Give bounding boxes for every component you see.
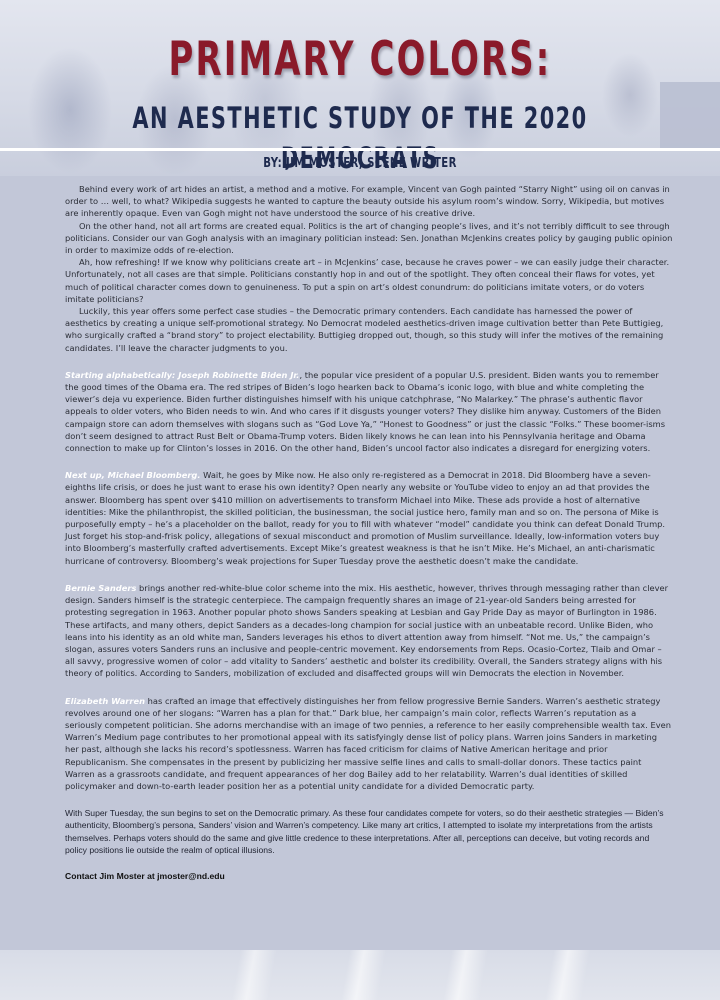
- section-lead: Bernie Sanders: [65, 583, 136, 593]
- page-title: PRIMARY COLORS:: [101, 30, 619, 90]
- intro: Behind every work of art hides an artist…: [65, 183, 673, 354]
- section-body: , the popular vice president of a popula…: [65, 370, 665, 453]
- section-bloomberg: Next up, Michael Bloomberg. Wait, he goe…: [65, 469, 673, 567]
- section-body: Wait, he goes by Mike now. He also only …: [65, 470, 665, 565]
- intro-paragraph: Ah, how refreshing! If we know why polit…: [65, 256, 673, 305]
- section-lead: Next up, Michael Bloomberg.: [65, 470, 201, 480]
- article-body: Behind every work of art hides an artist…: [65, 183, 673, 882]
- section-warren: Elizabeth Warren has crafted an image th…: [65, 695, 673, 793]
- section-biden: Starting alphabetically: Joseph Robinett…: [65, 369, 673, 454]
- section-paragraph: Bernie Sanders brings another red-white-…: [65, 582, 673, 680]
- footer-photo-band: [0, 950, 720, 1000]
- section-paragraph: Elizabeth Warren has crafted an image th…: [65, 695, 673, 793]
- section-body: has crafted an image that effectively di…: [65, 696, 671, 791]
- conclusion-paragraph: With Super Tuesday, the sun begins to se…: [65, 807, 673, 856]
- section-lead: Elizabeth Warren: [65, 696, 145, 706]
- intro-paragraph: On the other hand, not all art forms are…: [65, 220, 673, 257]
- author-contact: Contact Jim Moster at jmoster@nd.edu: [65, 870, 673, 882]
- section-sanders: Bernie Sanders brings another red-white-…: [65, 582, 673, 680]
- section-lead: Starting alphabetically: Joseph Robinett…: [65, 370, 299, 380]
- header-banner: PRIMARY COLORS: AN AESTHETIC STUDY OF TH…: [0, 0, 720, 176]
- header-decorative-panel: [660, 82, 720, 148]
- header-divider: [0, 148, 720, 151]
- intro-paragraph: Luckily, this year offers some perfect c…: [65, 305, 673, 354]
- intro-paragraph: Behind every work of art hides an artist…: [65, 183, 673, 220]
- section-body: brings another red-white-blue color sche…: [65, 583, 668, 678]
- conclusion: With Super Tuesday, the sun begins to se…: [65, 807, 673, 856]
- byline: BY: JIM MOSTER, SCENE WRITER: [79, 152, 641, 176]
- section-paragraph: Next up, Michael Bloomberg. Wait, he goe…: [65, 469, 673, 567]
- section-paragraph: Starting alphabetically: Joseph Robinett…: [65, 369, 673, 454]
